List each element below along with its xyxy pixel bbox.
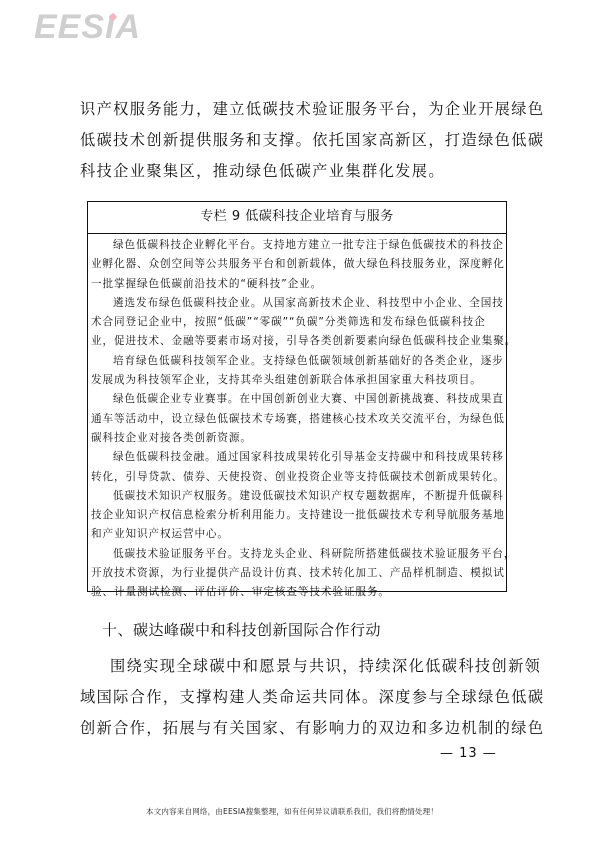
box-line: 绿色低碳科技企业孵化平台。支持地方建立一批专注于绿色低碳技术的科技企 (91, 236, 503, 255)
box-line: 培育绿色低碳科技领军企业。支持绿色低碳领域创新基础好的各类企业，逐步 (91, 352, 503, 371)
paragraph-line: 域国际合作，支撑构建人类命运共同体。深度参与全球绿色低碳 (80, 682, 520, 713)
box-line: 业孵化器、众创空间等公共服务平台和创新载体，做大绿色科技服务业，深度孵化 (91, 255, 503, 274)
box-line: 通车等活动中，设立绿色低碳技术专场赛，搭建核心技术攻关交流平台，为绿色低 (91, 410, 503, 429)
paragraph-line: 科技企业聚集区，推动绿色低碳产业集群化发展。 (80, 156, 520, 187)
box-line: 业，促进技术、金融等要素市场对接，引导各类创新要素向绿色低碳科技企业集聚。 (91, 332, 503, 351)
box-line: 发展成为科技领军企业，支持其牵头组建创新联合体承担国家重大科技项目。 (91, 371, 503, 390)
paragraph-line: 创新合作，拓展与有关国家、有影响力的双边和多边机制的绿色 (80, 713, 520, 744)
intro-paragraph: 识产权服务能力，建立低碳技术验证服务平台，为企业开展绿色 低碳技术创新提供服务和… (80, 94, 520, 187)
section-paragraph: 围绕实现全球碳中和愿景与共识，持续深化低碳科技创新领 域国际合作，支撑构建人类命… (80, 651, 520, 744)
box-line: 技企业知识产权信息检索分析利用能力。支持建设一批低碳技术专利导航服务基地 (91, 506, 503, 525)
column-box-body: 绿色低碳科技企业孵化平台。支持地方建立一批专注于绿色低碳技术的科技企 业孵化器、… (88, 234, 506, 603)
logo-text: EESIA (34, 8, 141, 46)
paragraph-line: 围绕实现全球碳中和愿景与共识，持续深化低碳科技创新领 (80, 651, 520, 682)
box-line: 低碳技术知识产权服务。建设低碳技术知识产权专题数据库，不断提升低碳科 (91, 487, 503, 506)
box-line: 遴选发布绿色低碳科技企业。从国家高新技术企业、科技型中小企业、全国技 (91, 294, 503, 313)
box-line: 开放技术资源，为行业提供产品设计仿真、技术转化加工、产品样机制造、模拟试 (91, 564, 503, 583)
eesia-watermark-logo: EESIA (34, 8, 141, 47)
box-line: 绿色低碳企业专业赛事。在中国创新创业大赛、中国创新挑战赛、科技成果直 (91, 390, 503, 409)
box-line: 和产业知识产权运营中心。 (91, 525, 503, 544)
box-line: 低碳技术验证服务平台。支持龙头企业、科研院所搭建低碳技术验证服务平台， (91, 545, 503, 564)
box-line: 术合同登记企业中，按照“低碳”“零碳”“负碳”分类筛选和发布绿色低碳科技企 (91, 313, 503, 332)
box-line: 碳科技企业对接各类创新资源。 (91, 429, 503, 448)
paragraph-line: 识产权服务能力，建立低碳技术验证服务平台，为企业开展绿色 (80, 94, 520, 125)
box-line: 一批掌握绿色低碳前沿技术的“硬科技”企业。 (91, 275, 503, 294)
footer-note: 本文内容来自网络，由EESIA搜集整理，如有任何异议请联系我们，我们将酌情处理！ (146, 806, 438, 817)
column-box-title: 专栏 9 低碳科技企业培育与服务 (88, 202, 506, 234)
page-number: — 13 — (440, 746, 497, 761)
section-heading: 十、碳达峰碳中和科技创新国际合作行动 (102, 619, 381, 640)
paragraph-line: 低碳技术创新提供服务和支撑。依托国家高新区，打造绿色低碳 (80, 125, 520, 156)
column-box: 专栏 9 低碳科技企业培育与服务 绿色低碳科技企业孵化平台。支持地方建立一批专注… (87, 201, 507, 592)
box-line: 绿色低碳科技金融。通过国家科技成果转化引导基金支持碳中和科技成果转移 (91, 448, 503, 467)
box-line: 转化，引导贷款、债券、天使投资、创业投资企业等支持低碳技术创新成果转化。 (91, 468, 503, 487)
box-line: 验、计量测试检测、评估评价、审定核查等技术验证服务。 (91, 583, 503, 602)
